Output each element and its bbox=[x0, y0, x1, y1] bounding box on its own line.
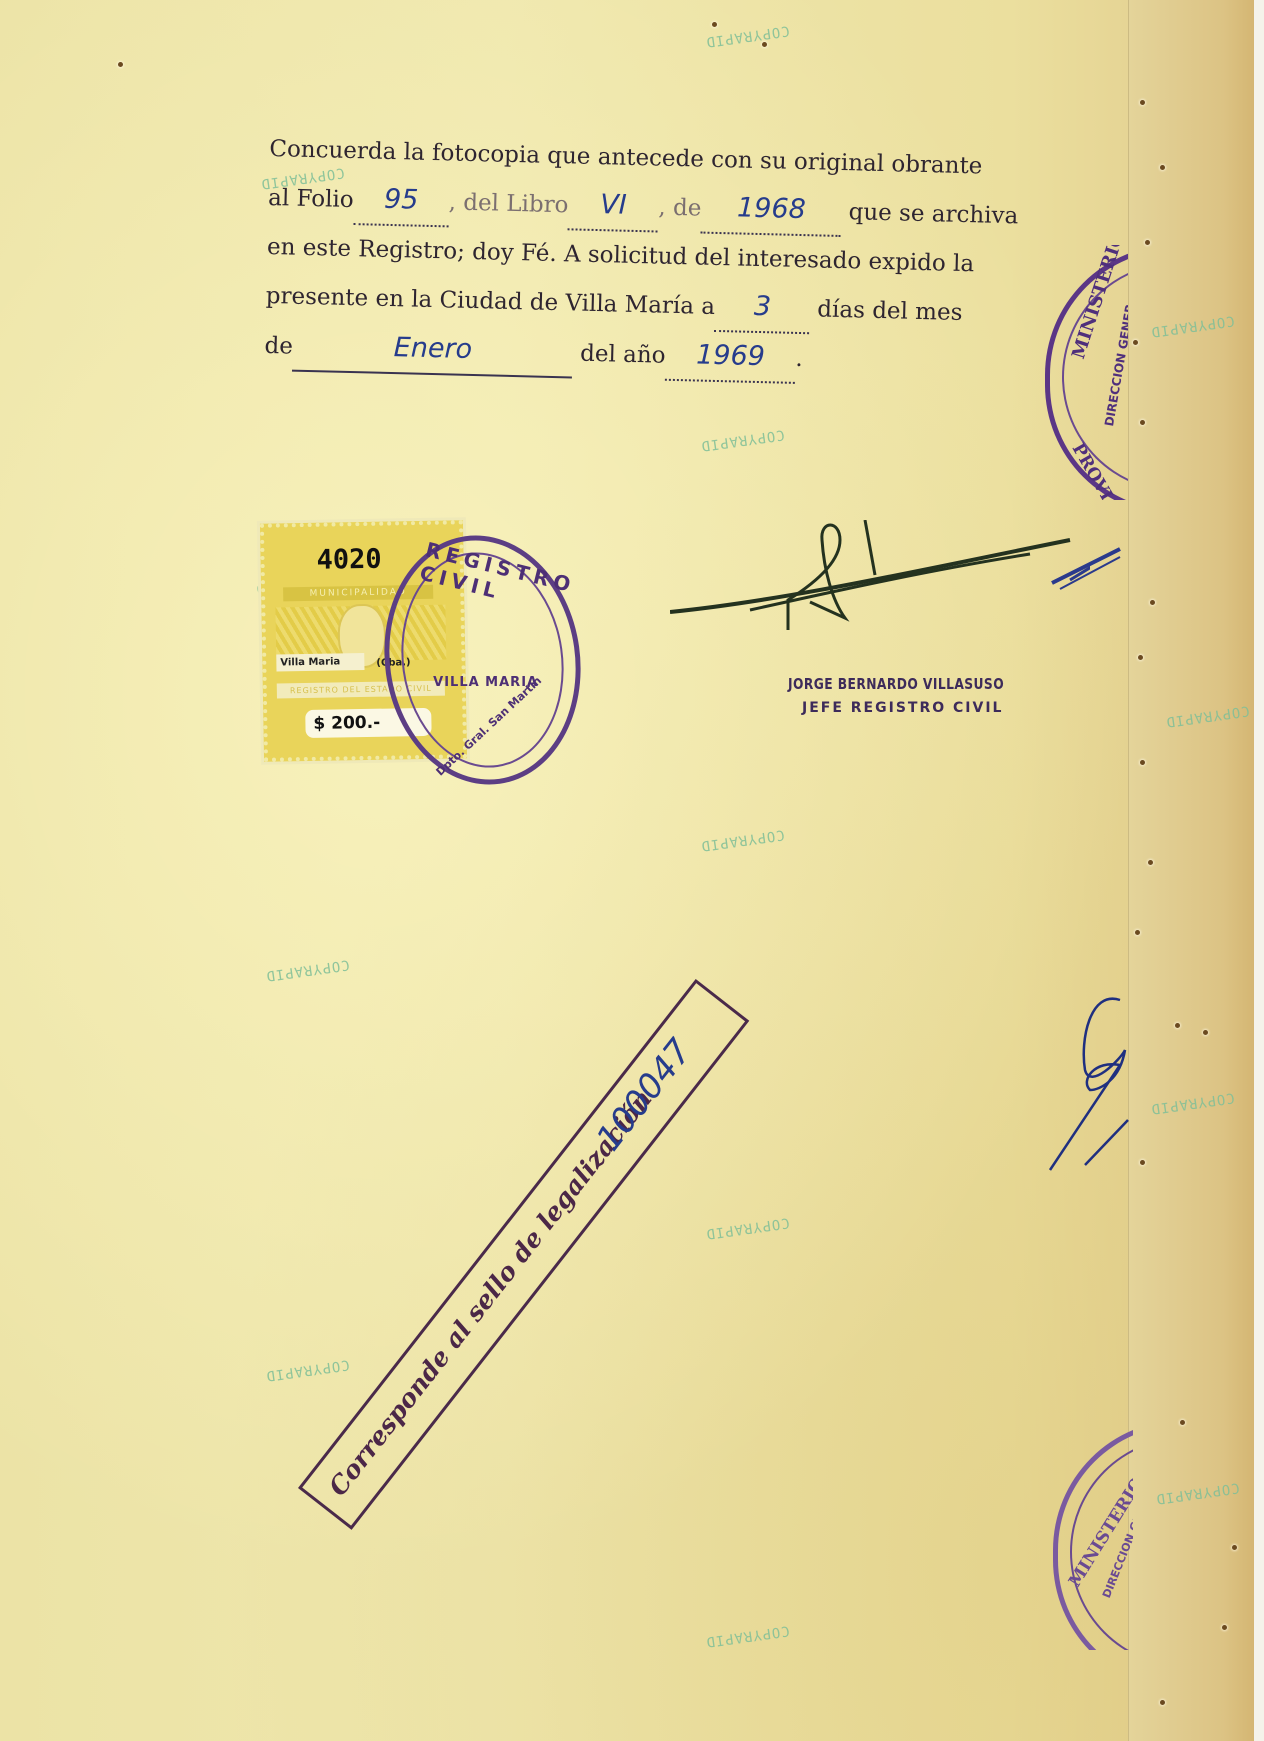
label-anio: del año bbox=[580, 341, 666, 369]
label-archiva: que se archiva bbox=[848, 199, 1018, 229]
binding-hole bbox=[1203, 1030, 1208, 1035]
label-de: , de bbox=[658, 195, 702, 222]
binding-hole bbox=[1140, 1160, 1145, 1165]
binding-hole bbox=[1138, 655, 1143, 660]
label-dias: días del mes bbox=[817, 296, 963, 326]
binding-hole bbox=[1180, 1420, 1185, 1425]
trailing-period: . bbox=[795, 346, 803, 372]
binding-hole bbox=[1148, 860, 1153, 865]
paper-speck bbox=[712, 22, 717, 27]
field-year-book: 1968 bbox=[701, 184, 842, 237]
field-month: Enero bbox=[292, 322, 573, 379]
binding-hole bbox=[1140, 760, 1145, 765]
paper-speck bbox=[762, 42, 767, 47]
binding-hole bbox=[1140, 100, 1145, 105]
attestation-text: Concuerda la fotocopia que antecede con … bbox=[264, 125, 1090, 391]
binding-hole bbox=[1232, 1545, 1237, 1550]
stamp-number: 4020 bbox=[316, 544, 382, 576]
binding-hole bbox=[1160, 165, 1165, 170]
field-folio: 95 bbox=[353, 175, 449, 227]
binding-hole bbox=[1150, 600, 1155, 605]
signatory-title: JEFE REGISTRO CIVIL bbox=[802, 700, 1003, 716]
pen-stroke-mark bbox=[1050, 545, 1130, 595]
label-folio: al Folio bbox=[268, 185, 354, 213]
binding-hole bbox=[1133, 340, 1138, 345]
page-edge bbox=[1254, 0, 1264, 1741]
handwritten-initials bbox=[1040, 990, 1130, 1180]
binding-hole bbox=[1222, 1625, 1227, 1630]
binding-hole bbox=[1135, 930, 1140, 935]
stamp-city: Villa Maria bbox=[276, 653, 364, 672]
binding-hole bbox=[1140, 420, 1145, 425]
field-year: 1969 bbox=[665, 331, 796, 384]
ministry-seal-bottom: MINISTERIO D DIRECCION GENERAL bbox=[1045, 1420, 1133, 1650]
binding-strip bbox=[1128, 0, 1264, 1741]
signatory-name: JORGE BERNARDO VILLASUSO bbox=[788, 675, 1004, 693]
paper-speck bbox=[118, 62, 123, 67]
field-day: 3 bbox=[714, 282, 810, 334]
binding-hole bbox=[1175, 1023, 1180, 1028]
signature-mark bbox=[670, 520, 1090, 640]
ministry-seal-top: MINISTERIO DIRECCION GENER PROVI bbox=[1040, 245, 1128, 500]
label-libro: , del Libro bbox=[448, 189, 568, 218]
binding-hole bbox=[1160, 1700, 1165, 1705]
label-ciudad: presente en la Ciudad de Villa María a bbox=[266, 283, 716, 320]
field-libro: VI bbox=[568, 180, 659, 232]
label-de-month: de bbox=[264, 333, 293, 360]
binding-hole bbox=[1145, 240, 1150, 245]
